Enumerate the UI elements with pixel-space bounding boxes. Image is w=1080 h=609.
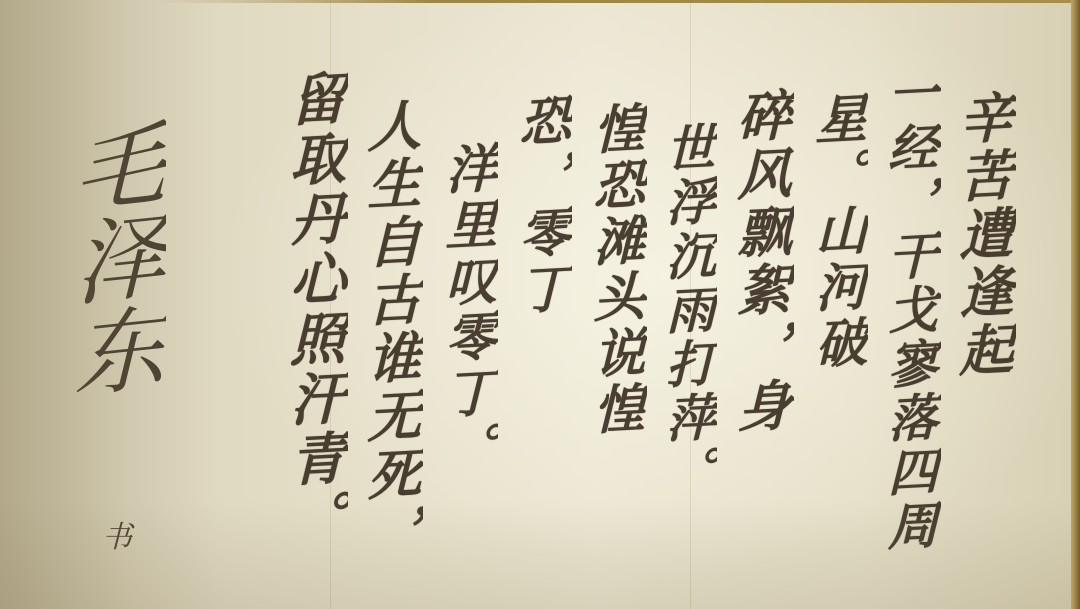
poem-column: 留取丹心照汗青。 — [286, 69, 342, 564]
calligraphy-scroll-photo: 辛苦遭逢起 一经，干戈寥落四周 星。山河破 碎风飘絮，身 世浮沉雨打萍。 惶恐滩… — [0, 0, 1080, 609]
poem-column: 洋里叹零丁。 — [440, 141, 492, 564]
poem-column: 星。山河破 — [810, 91, 862, 564]
frame-top-edge — [160, 0, 1080, 3]
poem-column: 碎风飘絮，身 — [734, 87, 788, 564]
signature-suffix: 书 — [102, 512, 132, 556]
poem-column: 人生自古谁无死， — [364, 97, 418, 564]
poem-column: 恐，零丁 — [514, 93, 566, 564]
frame-right-edge — [1071, 0, 1080, 609]
poem-column: 惶恐滩头说惶 — [588, 101, 640, 564]
poem-column: 辛苦遭逢起 — [956, 89, 1010, 564]
poem-column: 世浮沉雨打萍。 — [662, 121, 712, 564]
poem-text: 辛苦遭逢起 一经，干戈寥落四周 星。山河破 碎风飘絮，身 世浮沉雨打萍。 惶恐滩… — [264, 62, 1010, 562]
artist-signature: 毛泽东 — [66, 115, 158, 401]
poem-column: 一经，干戈寥落四周 — [884, 67, 934, 564]
